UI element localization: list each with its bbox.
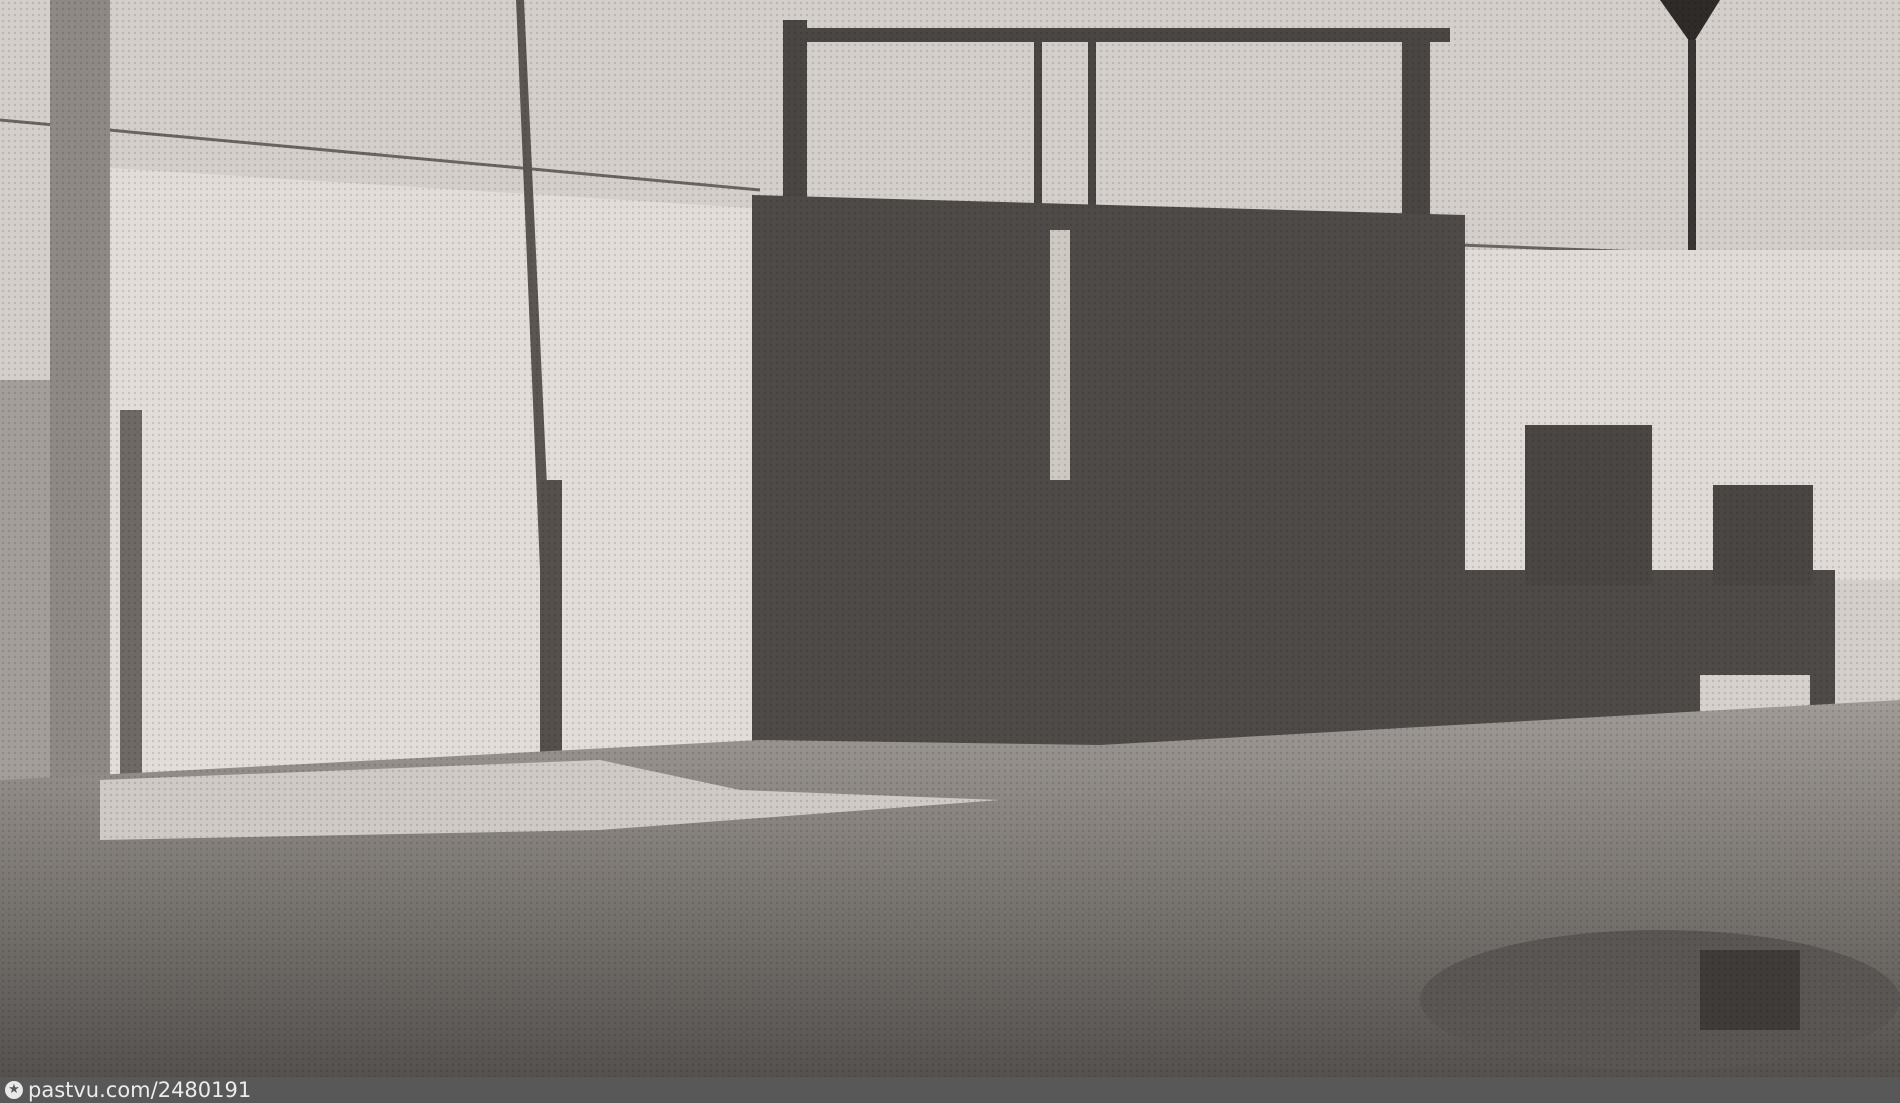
star-in-circle-icon: ★ bbox=[5, 1081, 23, 1099]
watermark-text: pastvu.com/2480191 bbox=[28, 1077, 251, 1103]
historical-photo bbox=[0, 0, 1900, 1077]
watermark-bar: ★ pastvu.com/2480191 bbox=[0, 1077, 1900, 1103]
